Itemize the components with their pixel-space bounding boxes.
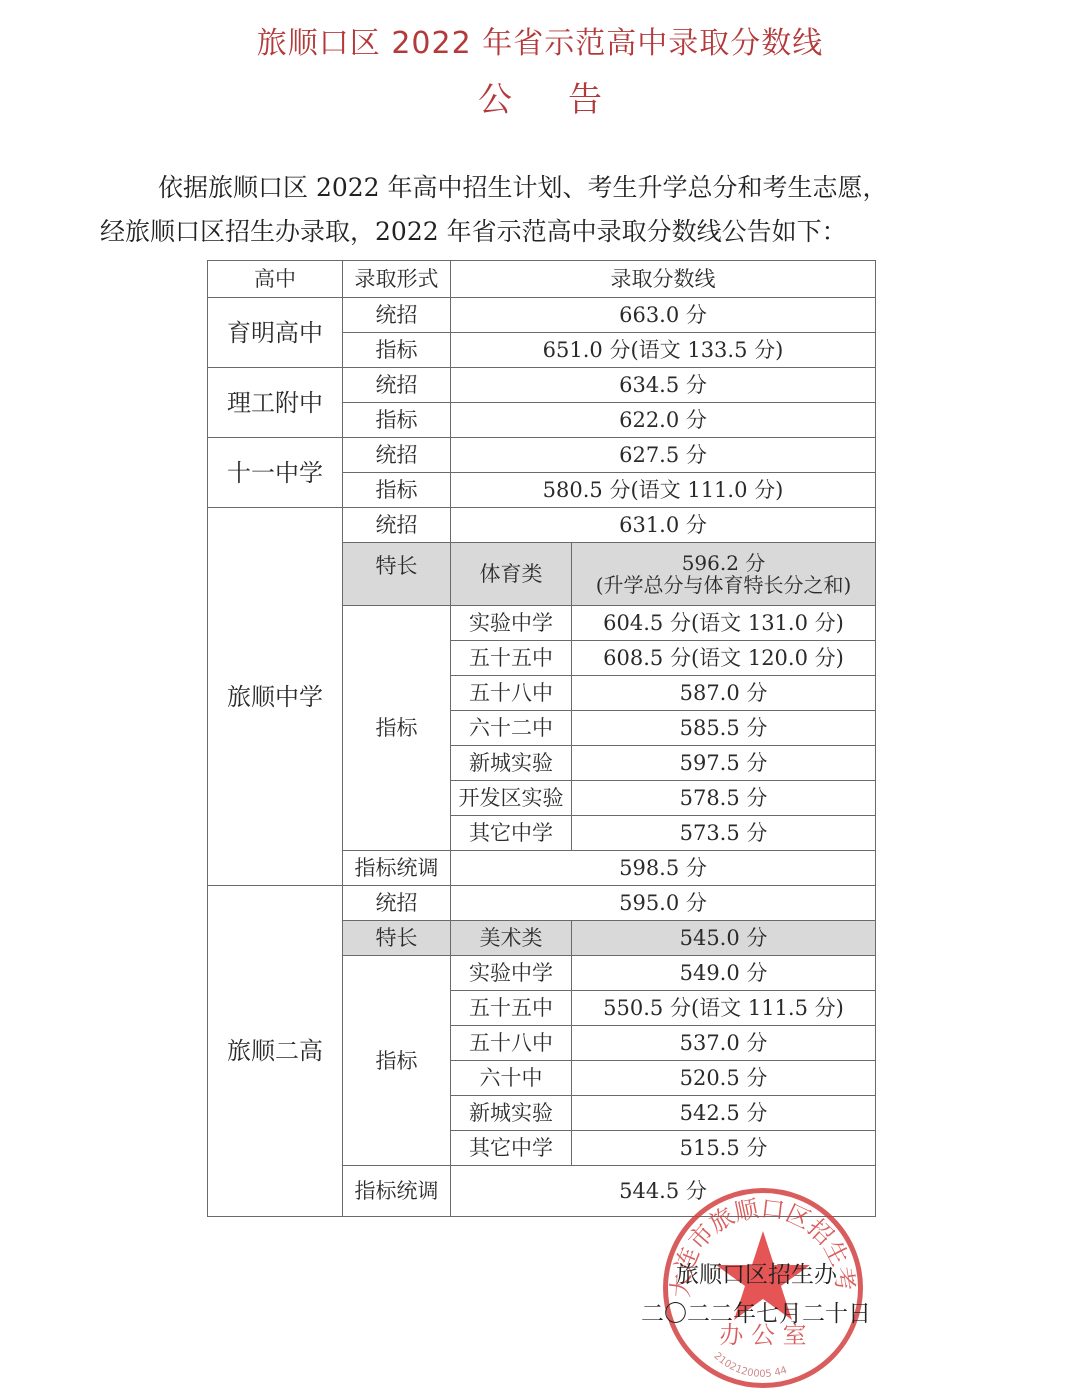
source-school: 实验中学: [451, 956, 572, 991]
admission-type: 统招: [343, 508, 451, 543]
school-name: 理工附中: [208, 368, 343, 438]
score-cell: 596.2 分 (升学总分与体育特长分之和): [572, 543, 876, 606]
source-school: 新城实验: [451, 746, 572, 781]
source-school: 实验中学: [451, 606, 572, 641]
score-cell: 573.5 分: [572, 816, 876, 851]
seal-code: 2102120005 44: [711, 1351, 788, 1380]
source-school: 六十二中: [451, 711, 572, 746]
table-header-row: 高中 录取形式 录取分数线: [208, 261, 876, 298]
school-name: 旅顺二高: [208, 886, 343, 1217]
source-school: 五十五中: [451, 991, 572, 1026]
subtitle-char: 告: [568, 72, 602, 121]
admission-type: 指标: [343, 473, 451, 508]
score-cell: 622.0 分: [451, 403, 876, 438]
document-title: 旅顺口区 2022 年省示范高中录取分数线: [0, 18, 1080, 62]
header-school: 高中: [208, 261, 343, 298]
score-cell: 515.5 分: [572, 1131, 876, 1166]
source-school: 新城实验: [451, 1096, 572, 1131]
admission-type: 指标: [343, 403, 451, 438]
score-cell: 598.5 分: [451, 851, 876, 886]
score-cell: 608.5 分(语文 120.0 分): [572, 641, 876, 676]
admission-type: 指标统调: [343, 851, 451, 886]
special-category: 体育类: [451, 543, 572, 606]
admission-type: 特长: [343, 921, 451, 956]
header-type: 录取形式: [343, 261, 451, 298]
score-cell: 651.0 分(语文 133.5 分): [451, 333, 876, 368]
admission-type: 统招: [343, 438, 451, 473]
score-cell: 627.5 分: [451, 438, 876, 473]
score-cell: 550.5 分(语文 111.5 分): [572, 991, 876, 1026]
source-school: 开发区实验: [451, 781, 572, 816]
score-cell: 542.5 分: [572, 1096, 876, 1131]
school-name: 十一中学: [208, 438, 343, 508]
table-row: 育明高中 统招 663.0 分: [208, 298, 876, 333]
table-row: 理工附中 统招 634.5 分: [208, 368, 876, 403]
admission-type: 统招: [343, 298, 451, 333]
source-school: 六十中: [451, 1061, 572, 1096]
issuer-name: 旅顺口区招生办: [676, 1256, 837, 1289]
intro-line-2: 经旅顺口区招生办录取，2022 年省示范高中录取分数线公告如下：: [100, 210, 980, 254]
score-cell: 597.5 分: [572, 746, 876, 781]
admission-type: 统招: [343, 368, 451, 403]
table-row: 旅顺二高 统招 595.0 分: [208, 886, 876, 921]
table-row: 十一中学 统招 627.5 分: [208, 438, 876, 473]
score-cell: 631.0 分: [451, 508, 876, 543]
source-school: 五十八中: [451, 1026, 572, 1061]
document-subtitle: 公告: [0, 72, 1080, 121]
score-cell: 520.5 分: [572, 1061, 876, 1096]
school-name: 育明高中: [208, 298, 343, 368]
score-cell: 549.0 分: [572, 956, 876, 991]
admission-type: 指标: [343, 606, 451, 851]
score-cell: 545.0 分: [572, 921, 876, 956]
special-score: 596.2 分: [572, 552, 875, 574]
special-category: 美术类: [451, 921, 572, 956]
issue-date: 二〇二二年七月二十日: [641, 1295, 871, 1328]
source-school: 其它中学: [451, 1131, 572, 1166]
header-score: 录取分数线: [451, 261, 876, 298]
score-cell: 663.0 分: [451, 298, 876, 333]
source-school: 其它中学: [451, 816, 572, 851]
table-row: 旅顺中学 统招 631.0 分: [208, 508, 876, 543]
special-note: (升学总分与体育特长分之和): [572, 574, 875, 596]
score-cell: 604.5 分(语文 131.0 分): [572, 606, 876, 641]
score-cell: 537.0 分: [572, 1026, 876, 1061]
score-cell: 595.0 分: [451, 886, 876, 921]
score-table: 高中 录取形式 录取分数线 育明高中 统招 663.0 分 指标 651.0 分…: [207, 260, 876, 1217]
admission-type: 特长: [343, 543, 451, 606]
admission-type: 指标: [343, 333, 451, 368]
intro-paragraph: 依据旅顺口区 2022 年高中招生计划、考生升学总分和考生志愿， 经旅顺口区招生…: [100, 166, 980, 254]
admission-type: 统招: [343, 886, 451, 921]
score-cell: 580.5 分(语文 111.0 分): [451, 473, 876, 508]
score-cell: 634.5 分: [451, 368, 876, 403]
source-school: 五十五中: [451, 641, 572, 676]
subtitle-char: 公: [478, 72, 512, 121]
source-school: 五十八中: [451, 676, 572, 711]
intro-line-1: 依据旅顺口区 2022 年高中招生计划、考生升学总分和考生志愿，: [100, 166, 980, 210]
admission-type: 指标统调: [343, 1166, 451, 1217]
school-name: 旅顺中学: [208, 508, 343, 886]
admission-type: 指标: [343, 956, 451, 1166]
score-cell: 585.5 分: [572, 711, 876, 746]
score-cell: 578.5 分: [572, 781, 876, 816]
score-cell: 587.0 分: [572, 676, 876, 711]
